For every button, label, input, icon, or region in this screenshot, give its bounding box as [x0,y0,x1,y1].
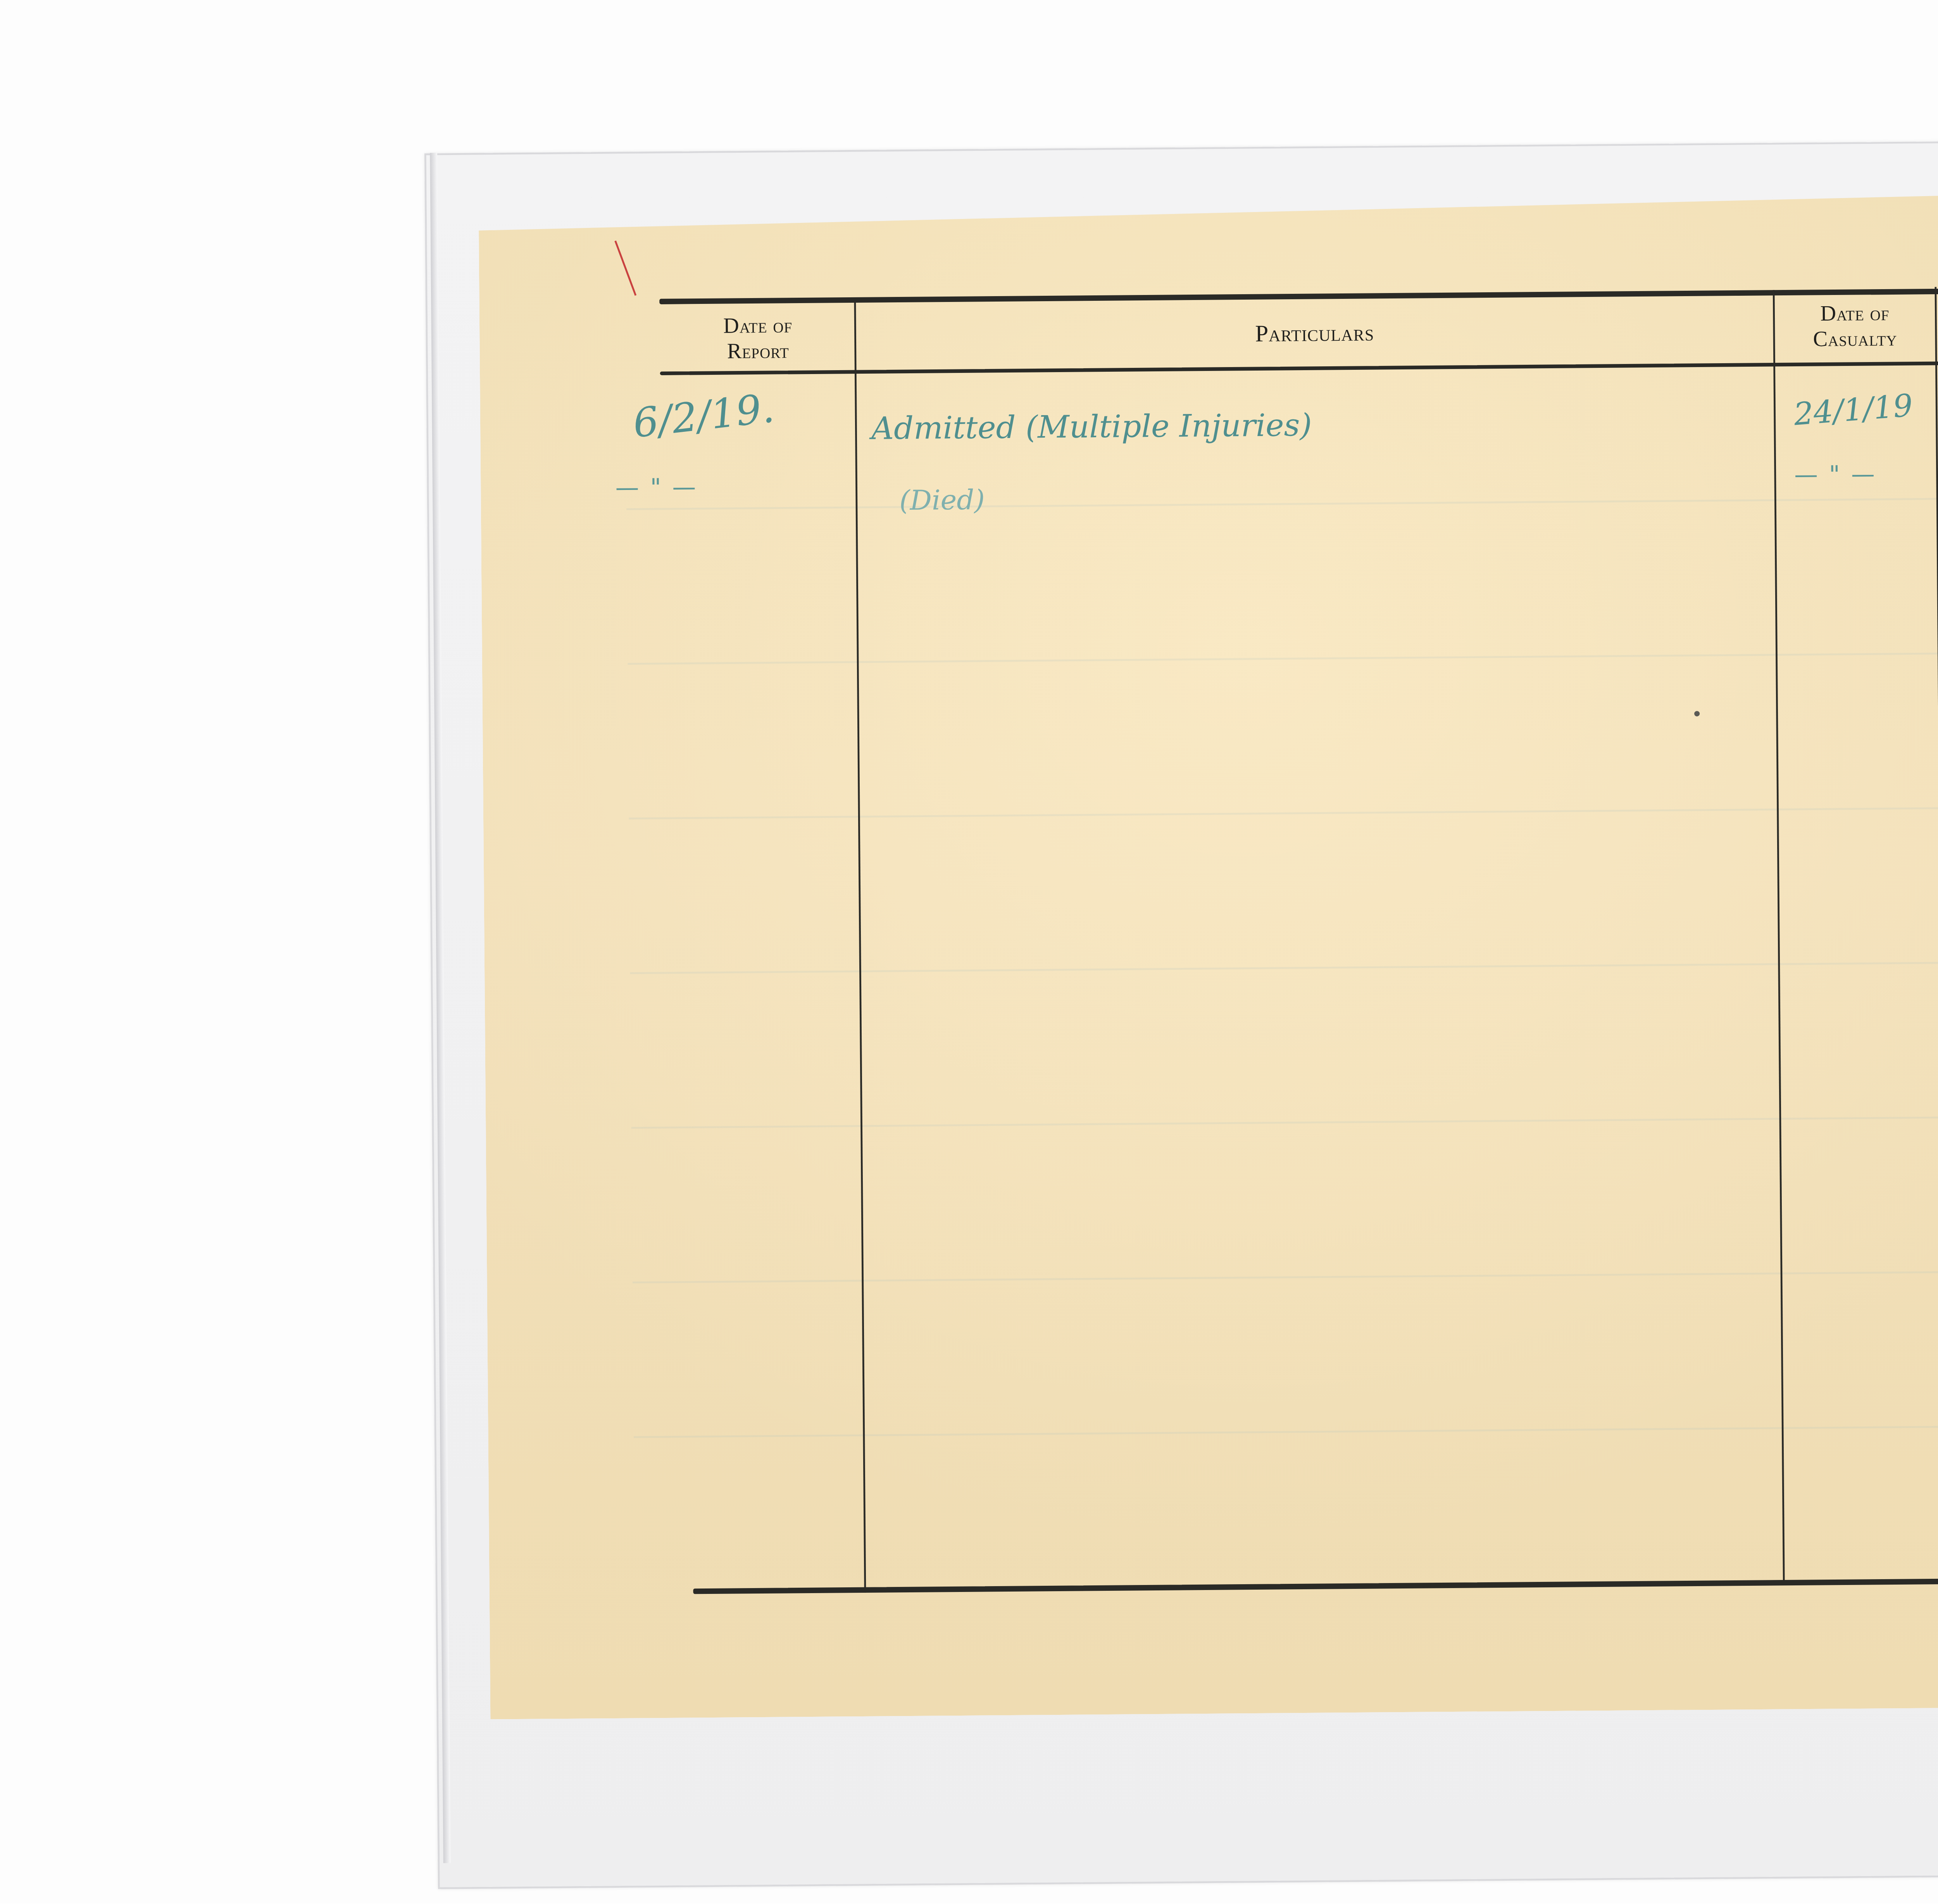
footer-rule [693,1576,1938,1594]
header-particulars: Particulars [856,317,1773,352]
ruled-line [628,650,1938,665]
header-line: Casualty [1775,327,1935,353]
scan-stage: Date of Report Particulars Date of Casua… [0,0,1938,1903]
row1-date-of-report: 6/2/19. [631,387,777,448]
divider-report-particulars [854,301,867,1593]
ink-speck [1694,711,1700,716]
divider-casualty-authority [1935,287,1938,1579]
row2-date-of-report-ditto: — " — [615,475,698,503]
header-date-of-casualty: Date of Casualty [1775,302,1935,353]
ruled-line [633,1268,1938,1283]
row2-date-of-casualty-ditto: — " — [1794,462,1877,490]
divider-particulars-casualty [1773,290,1785,1582]
header-line: Report [662,339,855,366]
header-line: Particulars [856,317,1773,352]
ruled-line [634,1423,1938,1438]
header-authority: Authority and from whom received [1936,292,1938,340]
header-line: Date of [661,314,854,340]
ruled-line [630,959,1938,974]
row1-date-of-casualty: 24/1/19 [1793,388,1914,434]
row1-particulars: Admitted (Multiple Injuries) [871,408,1312,448]
form-sheet: Date of Report Particulars Date of Casua… [478,185,1938,1719]
ruled-line [626,495,1938,510]
ruled-line [631,1114,1938,1129]
ruled-line [629,804,1938,819]
red-margin-mark [614,241,636,296]
header-line: Date of [1775,302,1935,328]
header-date-of-report: Date of Report [661,314,855,365]
header-top-rule [659,287,1938,304]
row2-particulars: (Died) [899,484,985,517]
header-line: Authority and from [1936,292,1938,317]
